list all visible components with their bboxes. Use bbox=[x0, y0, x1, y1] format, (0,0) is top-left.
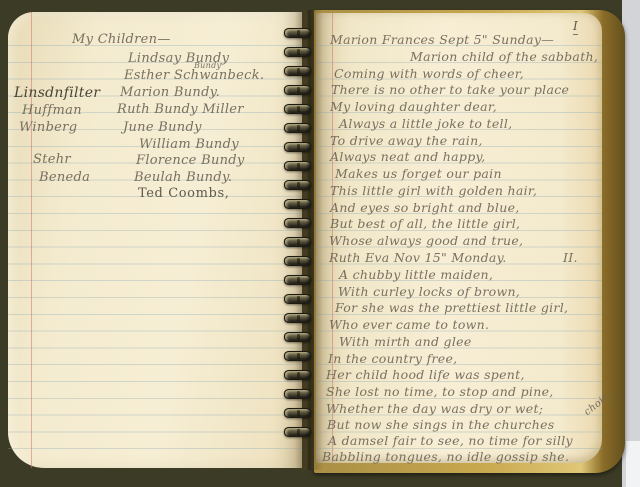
binding-ring bbox=[284, 370, 311, 380]
binding-ring bbox=[284, 408, 311, 418]
binding-ring bbox=[284, 161, 311, 171]
binding-ring bbox=[284, 313, 311, 323]
binding-ring bbox=[284, 142, 311, 152]
binding-ring bbox=[284, 85, 311, 95]
binding-ring bbox=[284, 237, 311, 247]
binding-ring bbox=[284, 294, 311, 304]
binding-ring bbox=[284, 256, 311, 266]
binding-ring bbox=[284, 123, 311, 133]
binding-ring bbox=[284, 275, 311, 285]
binding-ring bbox=[284, 28, 311, 38]
binding-ring bbox=[284, 427, 311, 437]
notebook-photo: I My Children—Lindsay BundyBundyEsther S… bbox=[0, 0, 640, 487]
binding-ring bbox=[284, 180, 311, 190]
binding-ring bbox=[284, 199, 311, 209]
binding-ring bbox=[284, 351, 311, 361]
binding-ring bbox=[284, 66, 311, 76]
binding-ring bbox=[284, 332, 311, 342]
spiral-binding bbox=[0, 0, 640, 487]
binding-ring bbox=[284, 218, 311, 228]
binding-ring bbox=[284, 47, 311, 57]
binding-ring bbox=[284, 389, 311, 399]
binding-ring bbox=[284, 104, 311, 114]
